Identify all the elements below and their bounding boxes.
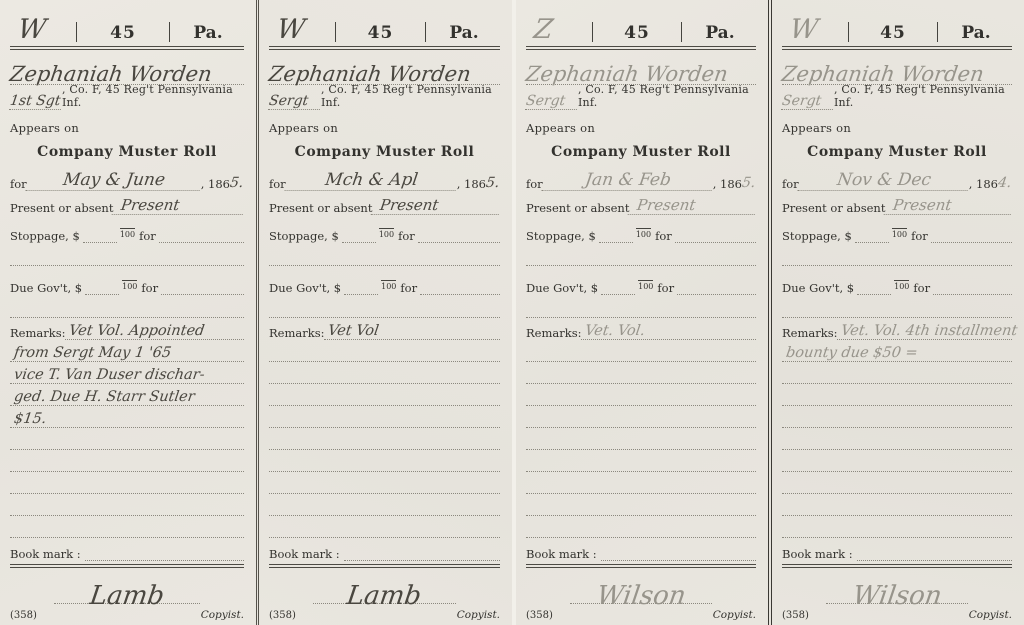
remarks-text: Vet Vol. Appointed	[64, 324, 205, 339]
soldier-name: Zephaniah Worden	[9, 64, 214, 84]
remarks-text: from Sergt May 1 '65	[9, 346, 172, 361]
appears-on-label: Appears on	[10, 121, 244, 135]
due-govt-label: Due Gov't, $	[10, 281, 82, 295]
book-mark-label: Book mark :	[269, 547, 340, 561]
regiment-number: 45	[79, 23, 167, 43]
unit-label: , Co. F, 45 Reg't Pennsylvania Inf.	[62, 83, 244, 110]
remarks-text: Vet. Vol. 4th installment	[836, 324, 1018, 339]
cents-fraction: 100	[122, 280, 137, 291]
muster-period: Mch & Apl	[284, 170, 458, 191]
header-letter: W	[780, 17, 848, 43]
book-mark-line: Book mark :	[782, 538, 1012, 561]
blank-line	[10, 243, 244, 266]
signature-row: Lamb	[10, 568, 244, 603]
state-abbr: Pa.	[940, 23, 1012, 43]
muster-card-4: W 45 Pa. Zephaniah Worden Sergt , Co. F,…	[768, 0, 1024, 625]
present-line: Present or absent Present	[782, 191, 1012, 214]
remarks-line: Remarks: Vet. Vol.	[526, 318, 756, 340]
stoppage-label: Stoppage, $	[269, 229, 339, 243]
copyist-signature: Lamb	[346, 584, 423, 608]
for-word: for	[913, 281, 930, 295]
present-status: Present	[884, 196, 1013, 215]
muster-roll-title: Company Muster Roll	[526, 144, 756, 160]
remarks-text: ged. Due H. Starr Sutler	[9, 390, 196, 405]
card-header: W 45 Pa.	[269, 10, 500, 43]
present-label: Present or absent	[10, 201, 113, 215]
remarks-block: Remarks: Vet. Vol. 4th installment bount…	[782, 318, 1012, 538]
cents-fraction: 100	[636, 228, 651, 239]
copyist-label: Copyist.	[457, 609, 500, 621]
present-status: Present	[112, 196, 245, 215]
due-govt-line: Due Gov't, $ 100 for	[269, 266, 500, 294]
unit-label: , Co. F, 45 Reg't Pennsylvania Inf.	[578, 83, 756, 110]
signature-row: Wilson	[782, 568, 1012, 603]
book-mark-blank	[601, 560, 756, 561]
header-letter: Z	[524, 17, 592, 43]
muster-period-line: for Jan & Feb , 186 5.	[526, 164, 756, 191]
book-mark-label: Book mark :	[782, 547, 853, 561]
header-divider	[848, 22, 849, 42]
remarks-block: Remarks: Vet Vol. Appointed from Sergt M…	[10, 318, 244, 538]
book-mark-label: Book mark :	[526, 547, 597, 561]
present-label: Present or absent	[269, 201, 372, 215]
state-abbr: Pa.	[684, 23, 756, 43]
present-status: Present	[628, 196, 757, 215]
cents-fraction: 100	[381, 280, 396, 291]
for-word: for	[141, 281, 158, 295]
muster-roll-title: Company Muster Roll	[782, 144, 1012, 160]
for-word: for	[400, 281, 417, 295]
remarks-block: Remarks: Vet Vol	[269, 318, 500, 538]
present-line: Present or absent Present	[269, 191, 500, 214]
for-word: for	[139, 229, 156, 243]
copyist-signature: Wilson	[595, 584, 687, 608]
appears-on-label: Appears on	[269, 121, 500, 135]
header-letter: W	[267, 17, 335, 43]
soldier-name-line: Zephaniah Worden	[526, 50, 756, 85]
soldier-name-line: Zephaniah Worden	[782, 50, 1012, 85]
copyist-label: Copyist.	[201, 609, 244, 621]
blank-line	[526, 243, 756, 266]
remarks-line: Remarks: Vet. Vol. 4th installment	[782, 318, 1012, 340]
present-line: Present or absent Present	[526, 191, 756, 214]
header-divider	[592, 22, 593, 42]
regiment-number: 45	[595, 23, 679, 43]
year-digit: 5.	[229, 175, 245, 191]
present-label: Present or absent	[526, 201, 629, 215]
blank-line	[782, 243, 1012, 266]
remarks-label: Remarks:	[526, 326, 581, 340]
year-digit: 4.	[997, 175, 1013, 191]
remarks-line: Remarks: Vet Vol	[269, 318, 500, 340]
cents-fraction: 100	[120, 228, 135, 239]
appears-on-label: Appears on	[526, 121, 756, 135]
soldier-name-line: Zephaniah Worden	[269, 50, 500, 85]
header-divider	[681, 22, 682, 42]
card-header: Z 45 Pa.	[526, 10, 756, 43]
book-mark-blank	[344, 560, 500, 561]
muster-roll-title: Company Muster Roll	[269, 144, 500, 160]
rank-line: Sergt , Co. F, 45 Reg't Pennsylvania Inf…	[526, 85, 756, 110]
remarks-label: Remarks:	[10, 326, 65, 340]
rank: Sergt	[781, 93, 835, 110]
blank-line	[526, 295, 756, 318]
stoppage-label: Stoppage, $	[10, 229, 80, 243]
year-prefix: , 186	[713, 177, 742, 191]
book-mark-line: Book mark :	[526, 538, 756, 561]
unit-label: , Co. F, 45 Reg't Pennsylvania Inf.	[321, 83, 500, 110]
blank-line	[269, 295, 500, 318]
cents-fraction: 100	[892, 228, 907, 239]
year-prefix: , 186	[969, 177, 998, 191]
due-govt-label: Due Gov't, $	[526, 281, 598, 295]
remarks-text: $15.	[9, 412, 47, 427]
soldier-name-line: Zephaniah Worden	[10, 50, 244, 85]
header-divider	[169, 22, 170, 42]
for-word: for	[911, 229, 928, 243]
muster-period: May & June	[25, 170, 202, 191]
scanned-muster-cards-sheet: W 45 Pa. Zephaniah Worden 1st Sgt , Co. …	[0, 0, 1024, 625]
book-mark-blank	[85, 560, 244, 561]
copyist-signature: Lamb	[88, 584, 165, 608]
form-number: (358)	[269, 610, 296, 621]
present-label: Present or absent	[782, 201, 885, 215]
form-number: (358)	[10, 610, 37, 621]
remarks-block: Remarks: Vet. Vol.	[526, 318, 756, 538]
rank: Sergt	[525, 93, 579, 110]
remarks-text: vice T. Van Duser dischar-	[9, 368, 206, 383]
header-divider	[76, 22, 77, 42]
muster-card-2: W 45 Pa. Zephaniah Worden Sergt , Co. F,…	[256, 0, 512, 625]
due-govt-label: Due Gov't, $	[269, 281, 341, 295]
header-divider	[937, 22, 938, 42]
card-header: W 45 Pa.	[782, 10, 1012, 43]
soldier-name: Zephaniah Worden	[268, 64, 473, 84]
muster-period: Jan & Feb	[541, 170, 714, 191]
state-abbr: Pa.	[428, 23, 500, 43]
stoppage-line: Stoppage, $ 100 for	[526, 215, 756, 243]
muster-period-line: for May & June , 186 5.	[10, 164, 244, 191]
muster-roll-title: Company Muster Roll	[10, 144, 244, 160]
rank-line: Sergt , Co. F, 45 Reg't Pennsylvania Inf…	[269, 85, 500, 110]
unit-label: , Co. F, 45 Reg't Pennsylvania Inf.	[834, 83, 1012, 110]
regiment-number: 45	[851, 23, 935, 43]
blank-line	[782, 295, 1012, 318]
rank-line: 1st Sgt , Co. F, 45 Reg't Pennsylvania I…	[10, 85, 244, 110]
remarks-text: Vet. Vol.	[580, 324, 646, 339]
form-number: (358)	[782, 610, 809, 621]
muster-period: Nov & Dec	[797, 170, 970, 191]
year-digit: 5.	[485, 175, 501, 191]
due-govt-label: Due Gov't, $	[782, 281, 854, 295]
muster-period-line: for Mch & Apl , 186 5.	[269, 164, 500, 191]
blank-line	[10, 295, 244, 318]
stoppage-line: Stoppage, $ 100 for	[10, 215, 244, 243]
for-label: for	[782, 177, 799, 191]
copyist-label: Copyist.	[969, 609, 1012, 621]
header-divider	[425, 22, 426, 42]
remarks-label: Remarks:	[782, 326, 837, 340]
book-mark-line: Book mark :	[10, 538, 244, 561]
header-divider	[335, 22, 336, 42]
muster-card-3: Z 45 Pa. Zephaniah Worden Sergt , Co. F,…	[512, 0, 768, 625]
blank-line	[269, 243, 500, 266]
soldier-name: Zephaniah Worden	[525, 64, 730, 84]
cents-fraction: 100	[379, 228, 394, 239]
present-status: Present	[371, 196, 501, 215]
cents-fraction: 100	[894, 280, 909, 291]
soldier-name: Zephaniah Worden	[781, 64, 986, 84]
book-mark-line: Book mark :	[269, 538, 500, 561]
muster-card-1: W 45 Pa. Zephaniah Worden 1st Sgt , Co. …	[0, 0, 256, 625]
present-line: Present or absent Present	[10, 191, 244, 214]
due-govt-line: Due Gov't, $ 100 for	[782, 266, 1012, 294]
for-word: for	[655, 229, 672, 243]
signature-row: Lamb	[269, 568, 500, 603]
remarks-line: Remarks: Vet Vol. Appointed	[10, 318, 244, 340]
year-prefix: , 186	[457, 177, 486, 191]
due-govt-line: Due Gov't, $ 100 for	[10, 266, 244, 294]
year-digit: 5.	[741, 175, 757, 191]
stoppage-line: Stoppage, $ 100 for	[269, 215, 500, 243]
for-word: for	[398, 229, 415, 243]
state-abbr: Pa.	[172, 23, 244, 43]
copyist-label: Copyist.	[713, 609, 756, 621]
stoppage-line: Stoppage, $ 100 for	[782, 215, 1012, 243]
stoppage-label: Stoppage, $	[782, 229, 852, 243]
remarks-text: Vet Vol	[323, 324, 380, 339]
cents-fraction: 100	[638, 280, 653, 291]
muster-period-line: for Nov & Dec , 186 4.	[782, 164, 1012, 191]
for-label: for	[10, 177, 27, 191]
rank-line: Sergt , Co. F, 45 Reg't Pennsylvania Inf…	[782, 85, 1012, 110]
remarks-label: Remarks:	[269, 326, 324, 340]
for-label: for	[269, 177, 286, 191]
due-govt-line: Due Gov't, $ 100 for	[526, 266, 756, 294]
signature-row: Wilson	[526, 568, 756, 603]
book-mark-label: Book mark :	[10, 547, 81, 561]
card-header: W 45 Pa.	[10, 10, 244, 43]
header-letter: W	[8, 17, 76, 43]
rank: 1st Sgt	[9, 93, 63, 110]
form-number: (358)	[526, 610, 553, 621]
appears-on-label: Appears on	[782, 121, 1012, 135]
rank: Sergt	[268, 93, 322, 110]
book-mark-blank	[857, 560, 1012, 561]
remarks-text: bounty due $50 =	[781, 346, 919, 361]
for-label: for	[526, 177, 543, 191]
for-word: for	[657, 281, 674, 295]
regiment-number: 45	[338, 23, 423, 43]
stoppage-label: Stoppage, $	[526, 229, 596, 243]
copyist-signature: Wilson	[851, 584, 943, 608]
year-prefix: , 186	[201, 177, 230, 191]
